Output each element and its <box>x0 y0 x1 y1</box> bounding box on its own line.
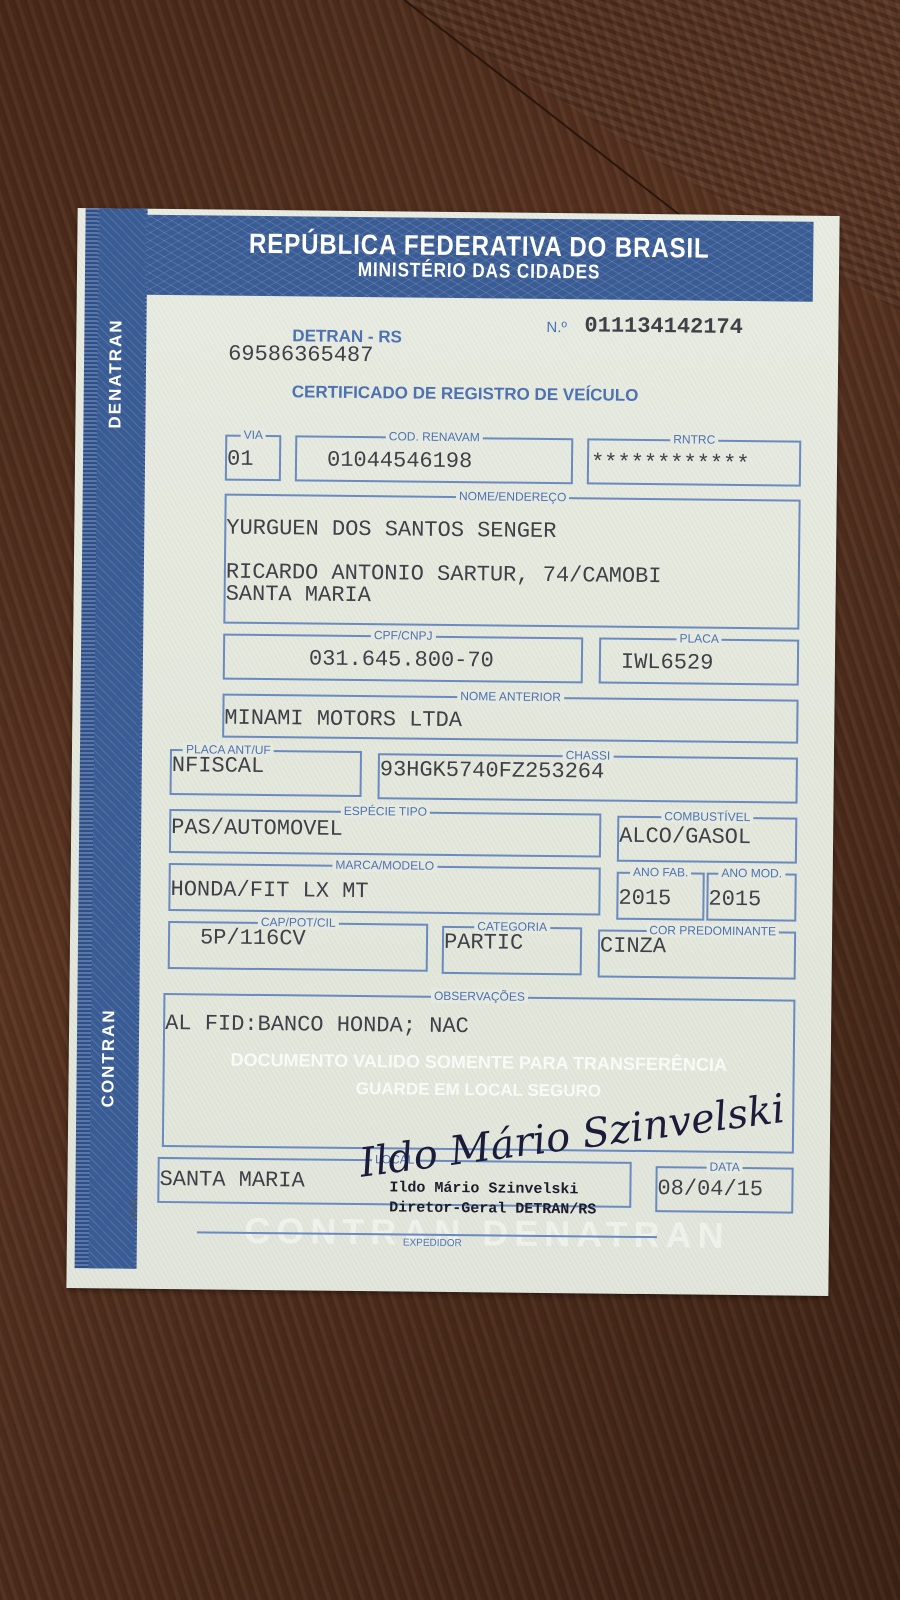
renavam-value: 01044546198 <box>327 448 472 475</box>
manufacture-year-value: 2015 <box>618 886 671 912</box>
via-field: VIA 01 <box>225 435 281 482</box>
transfer-watermark: DOCUMENTO VALIDO SOMENTE PARA TRANSFERÊN… <box>165 1049 793 1077</box>
cpf-cnpj-value: 031.645.800-70 <box>309 646 494 673</box>
rntrc-value: ************ <box>591 450 750 477</box>
header-banner: REPÚBLICA FEDERATIVA DO BRASIL MINISTÉRI… <box>145 215 814 302</box>
valid-mark: VALID <box>129 1199 138 1222</box>
cpf-cnpj-field: CPF/CNPJ 031.645.800-70 <box>223 634 583 684</box>
owner-address-line2: SANTA MARIA <box>226 582 371 609</box>
date-field: DATA 08/04/15 <box>655 1166 793 1213</box>
rntrc-field: RNTRC ************ <box>587 438 801 486</box>
manufacture-year-field: ANO FAB. 2015 <box>616 872 704 921</box>
fuel-value: ALCO/GASOL <box>619 824 751 850</box>
owner-name: YURGUEN DOS SANTOS SENGER <box>226 516 556 544</box>
make-model-field: MARCA/MODELO HONDA/FIT LX MT <box>168 863 600 916</box>
color-field: COR PREDOMINANTE CINZA <box>598 930 796 980</box>
via-value: 01 <box>227 447 254 472</box>
ministry-title: MINISTÉRIO DAS CIDADES <box>192 257 767 286</box>
species-type-value: PAS/AUTOMOVEL <box>171 815 343 842</box>
model-year-value: 2015 <box>708 887 761 913</box>
denatran-label: DENATRAN <box>105 318 126 428</box>
number-label: N.º <box>546 319 567 336</box>
category-field: CATEGORIA PARTIC <box>442 926 582 975</box>
name-address-field: NOME/ENDEREÇO YURGUEN DOS SANTOS SENGER … <box>223 494 800 630</box>
vehicle-registration-certificate: DENATRAN CONTRAN VALID REPÚBLICA FEDERAT… <box>66 208 839 1296</box>
contran-label: CONTRAN <box>98 1008 119 1107</box>
make-model-value: HONDA/FIT LX MT <box>170 877 368 904</box>
plate-value: IWL6529 <box>621 650 714 676</box>
capacity-power-value: 5P/116CV <box>200 925 306 951</box>
model-year-field: ANO MOD. 2015 <box>706 873 796 922</box>
fuel-field: COMBUSTÍVEL ALCO/GASOL <box>617 816 797 864</box>
previous-plate-value: NFISCAL <box>172 753 265 779</box>
signatory-title: Diretor-Geral DETRAN/RS <box>389 1199 596 1218</box>
chassis-value: 93HGK5740FZ253264 <box>380 757 605 784</box>
signatory-name: Ildo Mário Szinvelski <box>389 1179 578 1198</box>
plate-field: PLACA IWL6529 <box>599 638 799 686</box>
capacity-power-field: CAP/POT/CIL 5P/116CV <box>168 921 428 972</box>
category-value: PARTIC <box>444 930 523 956</box>
chassis-field: CHASSI 93HGK5740FZ253264 <box>378 753 798 803</box>
security-sidebar: DENATRAN CONTRAN <box>75 208 148 1269</box>
observations-value: AL FID:BANCO HONDA; NAC <box>165 1011 469 1039</box>
renavam-field: COD. RENAVAM 01044546198 <box>295 435 573 484</box>
certificate-title: CERTIFICADO DE REGISTRO DE VEÍCULO <box>292 382 639 406</box>
document-number: 011134142174 <box>584 313 743 340</box>
species-type-field: ESPÉCIE TIPO PAS/AUTOMOVEL <box>169 809 601 858</box>
place-value: SANTA MARIA <box>159 1167 304 1194</box>
previous-owner-field: NOME ANTERIOR MINAMI MOTORS LTDA <box>222 694 798 744</box>
previous-owner-value: MINAMI MOTORS LTDA <box>224 706 462 733</box>
expedidor-label: EXPEDIDOR <box>403 1238 462 1250</box>
security-code: 69586365487 <box>228 342 373 369</box>
previous-plate-field: PLACA ANT/UF NFISCAL <box>170 749 362 797</box>
color-value: CINZA <box>600 934 666 960</box>
date-value: 08/04/15 <box>657 1176 763 1202</box>
